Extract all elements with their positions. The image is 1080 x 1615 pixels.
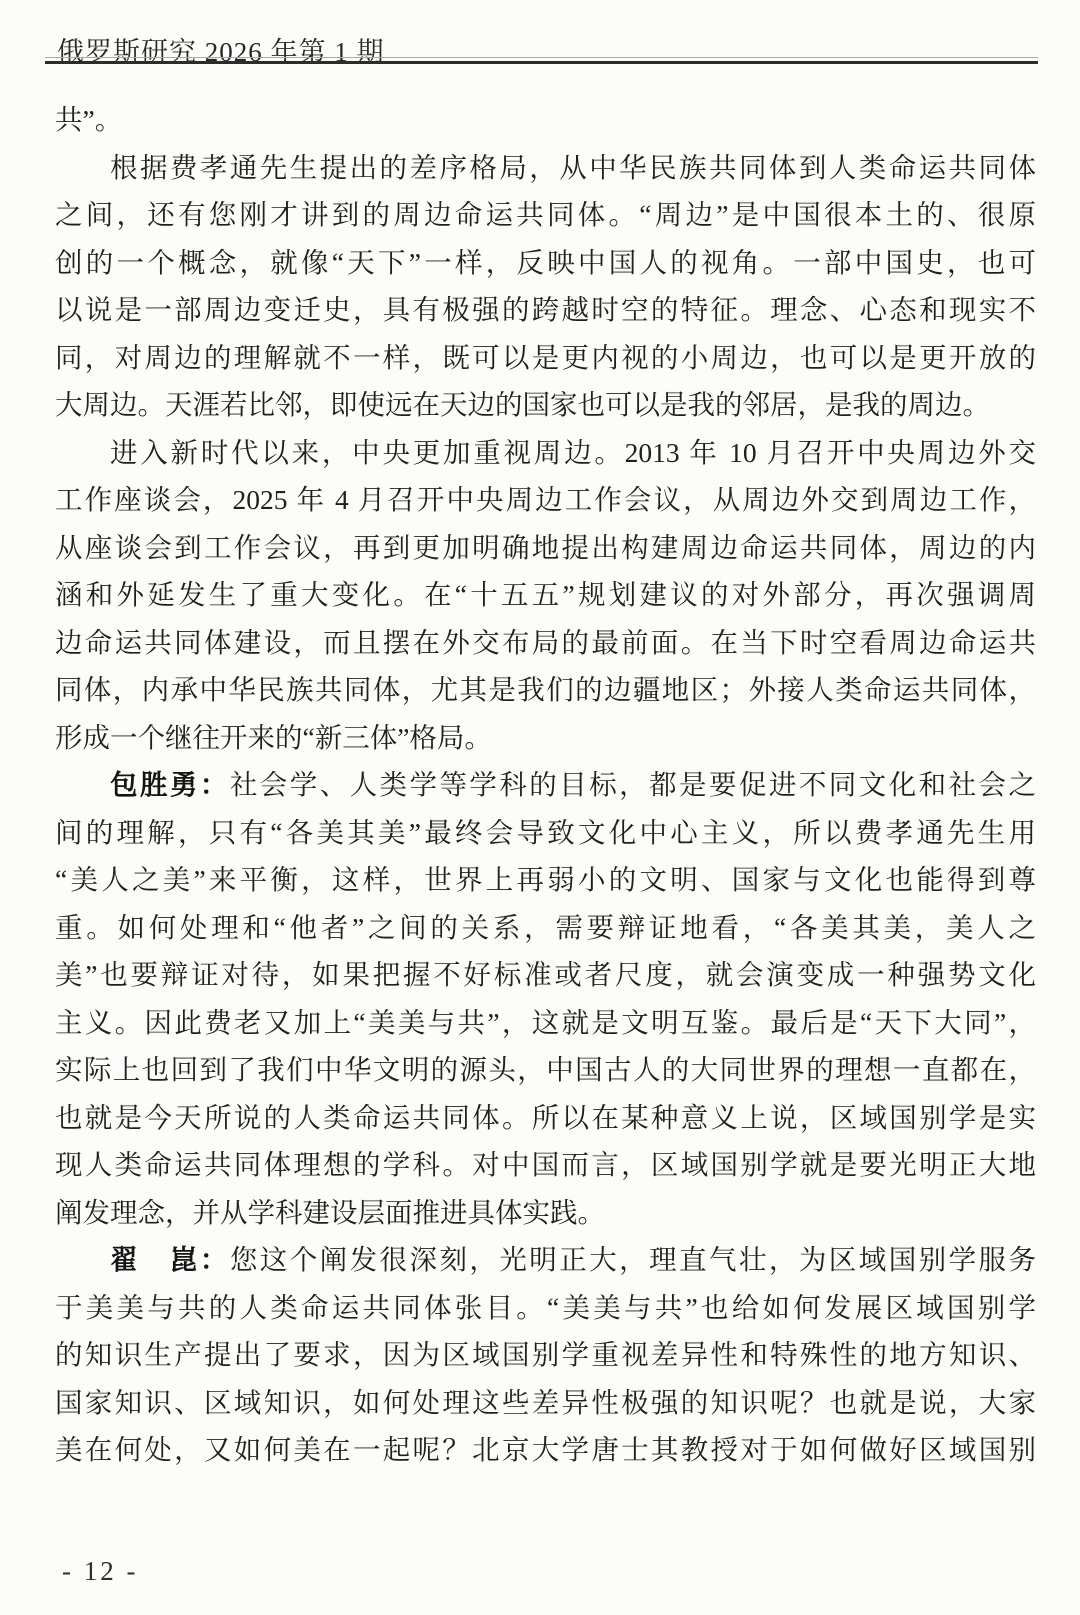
text-line: 创的一个概念，就像“天下”一样，反映中国人的视角。一部中国史，也可 [55, 239, 1036, 287]
text-line: 美在何处，又如何美在一起呢？北京大学唐士其教授对于如何做好区域国别 [55, 1426, 1036, 1474]
text-line: 美”也要辩证对待，如果把握不好标准或者尺度，就会演变成一种强势文化 [55, 951, 1036, 999]
text-line: 涵和外延发生了重大变化。在“十五五”规划建议的对外部分，再次强调周 [55, 571, 1036, 619]
text-line: 阐发理念，并从学科建设层面推进具体实践。 [55, 1189, 1036, 1237]
speaker-name-bao-shengyong: 包胜勇： [110, 769, 230, 800]
text-line: 共”。 [55, 96, 1036, 144]
text-line: 主义。因此费老又加上“美美与共”，这就是文明互鉴。最后是“天下大同”， [55, 999, 1036, 1047]
text-line: 的知识生产提出了要求，因为区域国别学重视差异性和特殊性的地方知识、 [55, 1331, 1036, 1379]
text-line: 实际上也回到了我们中华文明的源头，中国古人的大同世界的理想一直都在， [55, 1046, 1036, 1094]
text-line: 进入新时代以来，中央更加重视周边。2013 年 10 月召开中央周边外交 [55, 429, 1036, 477]
line-text: 您这个阐发很深刻，光明正大，理直气壮，为区域国别学服务 [230, 1244, 1036, 1275]
text-line: 翟 崑：您这个阐发很深刻，光明正大，理直气壮，为区域国别学服务 [55, 1236, 1036, 1284]
text-line: 重。如何处理和“他者”之间的关系，需要辩证地看，“各美其美，美人之 [55, 904, 1036, 952]
text-line: 国家知识、区域知识，如何处理这些差异性极强的知识呢？也就是说，大家 [55, 1379, 1036, 1427]
text-line: 之间，还有您刚才讲到的周边命运共同体。“周边”是中国很本土的、很原 [55, 191, 1036, 239]
text-line: 同，对周边的理解就不一样，既可以是更内视的小周边，也可以是更开放的 [55, 334, 1036, 382]
text-line: 大周边。天涯若比邻，即使远在天边的国家也可以是我的邻居，是我的周边。 [55, 381, 1036, 429]
speaker-name-zhai-kun: 翟 崑： [110, 1244, 230, 1275]
text-line: 现人类命运共同体理想的学科。对中国而言，区域国别学就是要光明正大地 [55, 1141, 1036, 1189]
text-line: 于美美与共的人类命运共同体张目。“美美与共”也给如何发展区域国别学 [55, 1284, 1036, 1332]
text-line: 同体，内承中华民族共同体，尤其是我们的边疆地区；外接人类命运共同体， [55, 666, 1036, 714]
body-text: 共”。 根据费孝通先生提出的差序格局，从中华民族共同体到人类命运共同体 之间，还… [55, 96, 1036, 1474]
text-line: “美人之美”来平衡，这样，世界上再弱小的文明、国家与文化也能得到尊 [55, 856, 1036, 904]
text-line: 形成一个继往开来的“新三体”格局。 [55, 714, 1036, 762]
line-text: 社会学、人类学等学科的目标，都是要促进不同文化和社会之 [230, 769, 1036, 800]
scanned-journal-page: 俄罗斯研究 2026 年第 1 期 共”。 根据费孝通先生提出的差序格局，从中华… [0, 0, 1080, 1615]
page-number: - 12 - [62, 1556, 138, 1587]
text-line: 也就是今天所说的人类命运共同体。所以在某种意义上说，区域国别学是实 [55, 1094, 1036, 1142]
header-rule [45, 57, 1038, 64]
text-line: 边命运共同体建设，而且摆在外交布局的最前面。在当下时空看周边命运共 [55, 619, 1036, 667]
text-line: 工作座谈会，2025 年 4 月召开中央周边工作会议，从周边外交到周边工作， [55, 476, 1036, 524]
text-line: 间的理解，只有“各美其美”最终会导致文化中心主义，所以费孝通先生用 [55, 809, 1036, 857]
text-line: 根据费孝通先生提出的差序格局，从中华民族共同体到人类命运共同体 [55, 144, 1036, 192]
text-line: 包胜勇：社会学、人类学等学科的目标，都是要促进不同文化和社会之 [55, 761, 1036, 809]
text-line: 以说是一部周边变迁史，具有极强的跨越时空的特征。理念、心态和现实不 [55, 286, 1036, 334]
text-line: 从座谈会到工作会议，再到更加明确地提出构建周边命运共同体，周边的内 [55, 524, 1036, 572]
